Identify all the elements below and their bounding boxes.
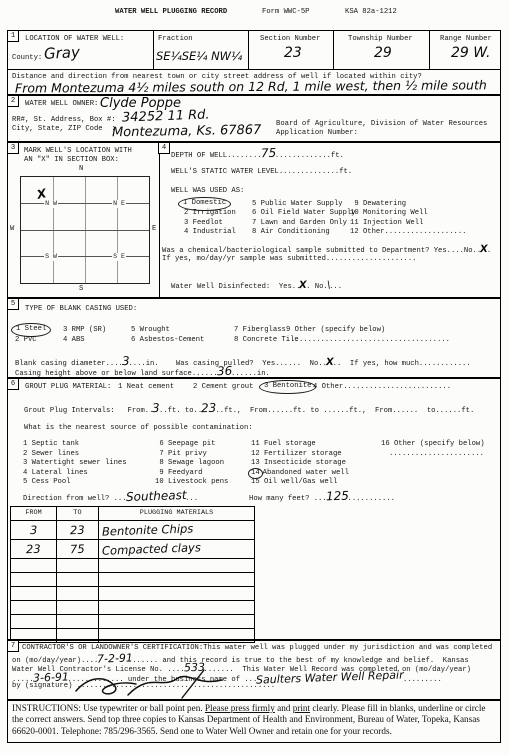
use-irrigation: 2 Irrigation [184,209,236,218]
signature-scrawl [70,669,250,699]
table-header-row: FROM TO PLUGGING MATERIALS [11,507,255,521]
cont-seepage: 6 Seepage pit [155,440,215,449]
form-number: Form WWC-5P [262,8,309,17]
col-to-header: TO [57,507,99,521]
table-row-empty [11,587,255,601]
depth-label: DEPTH OF WELL........ [171,152,262,160]
how-many-feet-line: How many feet? ...125........... [249,491,395,504]
use-oil-field: 6 Oil Field Water Supply [252,209,356,218]
divider [8,69,500,70]
casing-wrought: 5 Wrought [131,326,170,335]
height-value: 36 [217,365,233,376]
section-6-grout: 6 GROUT PLUG MATERIAL: 1 Neat cement 2 C… [7,378,501,640]
grid-line [21,256,149,257]
section-7-number: 7 [7,640,19,652]
use-air-conditioning: 8 Air Conditioning [252,228,330,237]
section-3-heading-1: MARK WELL'S LOCATION WITH [24,147,132,156]
instructions-text: INSTRUCTIONS: Use typewriter or ball poi… [12,703,496,737]
cont-lagoon: 8 Sewage lagoon [155,459,224,468]
pulled-no-x-mark: X [326,358,334,368]
table-row: 3 23 Bentonite Chips [11,521,255,540]
row2-from: 23 [26,544,41,556]
section-number-label: Section Number [260,35,320,44]
range-number-label: Range Number [440,35,492,44]
section-5-heading: TYPE OF BLANK CASING USED: [25,305,137,314]
intervals-label: Grout Plug Intervals: From.. [24,407,153,415]
section-location-grid: N W N E S W S E X [20,176,150,284]
cont-fuel: 11 Fuel storage [251,440,316,449]
grout-cement-grout: 2 Cement grout [193,383,253,392]
section-7-certification: 7 CONTRACTOR'S OR LANDOWNER'S CERTIFICAT… [7,640,501,700]
divider [429,31,430,69]
instructions-underlined-2: print [293,703,310,713]
cont-lateral: 4 Lateral lines [23,469,88,478]
certification-line-4-tail: ......... [403,676,442,684]
disinfected-yes-x-mark: X [299,281,307,291]
casing-abs: 4 ABS [63,336,85,345]
cont-abandoned-well-line: 14Abandoned water well [248,469,349,478]
cont-privy: 7 Pit privy [155,450,207,459]
section-3-4-row: 3 MARK WELL'S LOCATION WITH AN "X" IN SE… [7,142,501,298]
application-number-label: Application Number: [276,129,358,138]
cont-other: 16 Other (specify below) [381,440,485,449]
intervals-tail: ..ft., From......ft. to ......ft., From.… [215,407,474,415]
use-lawn-garden: 7 Lawn and Garden Only [252,219,347,228]
quadrant-se-label: S E [112,253,126,261]
disinfected-no-mark: \ [327,281,331,291]
cont-septic: 1 Septic tank [23,440,79,449]
use-dewatering: 9 Dewatering [350,200,406,209]
section-4-number: 4 [158,142,170,154]
section-number-value: 23 [284,45,302,61]
section-5-casing: 5 TYPE OF BLANK CASING USED: 1 Steel 3 R… [7,298,501,378]
grout-intervals-line: Grout Plug Intervals: From..3..ft. to..2… [24,403,474,416]
instructions-mid: and [275,703,293,713]
county-label: County: [12,54,42,63]
grout-neat-cement: 1 Neat cement [118,383,174,392]
height-tail: ......in. [231,370,270,378]
section-3-number: 3 [7,142,19,154]
township-number-value: 29 [374,45,392,61]
grid-line [21,203,149,204]
cont-other-dots: ...................... [389,450,484,459]
quadrant-nw-label: N W [44,200,58,208]
quadrant-sw-label: S W [44,253,58,261]
direction-value: Southeast [125,490,186,502]
use-public-water: 5 Public Water Supply [252,200,343,209]
township-number-label: Township Number [348,35,413,44]
section-1-number: 1 [7,30,19,42]
compass-south-label: S [79,285,83,294]
use-injection: 11 Injection Well [350,219,423,228]
col-materials-header: PLUGGING MATERIALS [99,507,255,521]
col-from-header: FROM [11,507,57,521]
instructions-box: INSTRUCTIONS: Use typewriter or ball poi… [7,700,501,743]
row1-material: Bentonite Chips [102,523,194,537]
table-row-empty [11,573,255,587]
range-number-value: 29 W. [451,45,490,61]
form-statute: KSA 82a-1212 [345,8,397,17]
row2-to: 75 [70,544,85,556]
interval-from-value: 3 [152,403,160,413]
compass-west-label: W [10,225,14,234]
section-6-number: 6 [7,378,19,390]
interval-to-value: 23 [201,403,217,414]
plugging-materials-table: FROM TO PLUGGING MATERIALS 3 23 Bentonit… [10,506,255,643]
table-row: 23 75 Compacted clays [11,540,255,559]
depth-label-tail: .............ft. [275,152,344,160]
board-text: Board of Agriculture, Division of Water … [276,120,487,129]
quadrant-ne-label: N E [112,200,126,208]
cont-feedyard: 9 Feedyard [155,469,202,478]
feet-tail: ........... [348,495,395,503]
instructions-underlined-1: Please press firmly [205,703,275,713]
casing-asbestos: 6 Asbestos-Cement [131,336,204,345]
section-2-number: 2 [7,95,19,107]
use-feedlot: 3 Feedlot [184,219,223,228]
city-value: Montezuma, Ks. 67867 [112,123,262,141]
disinfected-tail: ... [329,283,342,291]
cont-abandoned-well-label: Abandoned water well [263,469,349,477]
section-6-heading: GROUT PLUG MATERIAL: [25,383,111,392]
scanned-form-page: WATER WELL PLUGGING RECORD Form WWC-5P K… [0,0,509,755]
static-water-level-line: WELL'S STATIC WATER LEVEL..............f… [171,168,352,177]
direction-from-well-line: Direction from well? ...Southeast... [23,491,198,504]
depth-value: 75 [260,148,276,159]
owner-label: WATER WELL OWNER: [25,100,98,109]
city-label: City, State, ZIP Code : [12,125,116,134]
divider [153,31,154,69]
table-row-empty [11,559,255,573]
form-title: WATER WELL PLUGGING RECORD [115,8,227,17]
intervals-mid: ..ft. to.. [159,407,202,415]
feet-value: 125 [325,491,348,502]
cont-watertight: 3 Watertight sewer lines [23,459,127,468]
casing-other: 9 Other (specify below) [286,326,385,335]
section-5-number: 5 [7,298,19,310]
cont-livestock: 10 Livestock pens [155,478,228,487]
section-3-heading-2: AN "X" IN SECTION BOX: [24,156,119,165]
compass-north-label: N [79,165,83,174]
divider [333,31,334,69]
well-location-x-mark: X [36,186,48,202]
distance-answer: From Montezuma 4½ miles south on 12 Rd, … [15,77,487,95]
instructions-pre: INSTRUCTIONS: Use typewriter or ball poi… [12,703,205,713]
feet-label: How many feet? ... [249,495,327,503]
depth-of-well-line: DEPTH OF WELL........75.............ft. [171,148,344,161]
use-monitoring: 10 Monitoring Well [350,209,428,218]
table-row-empty [11,615,255,629]
direction-label: Direction from well? ... [23,495,127,503]
grout-bentonite-circled: 3 Bentonite [259,380,316,394]
casing-fiberglass: 7 Fiberglass [234,326,286,335]
pulled-tail: .. If yes, how much............ [333,360,471,368]
contamination-question: What is the nearest source of possible c… [24,424,253,433]
cont-insecticide: 13 Insecticide storage [251,459,346,468]
cont-cesspool: 5 Cess Pool [23,478,70,487]
sample-no-x-mark: X [480,245,488,255]
cont-fertilizer: 12 Fertilizer storage [251,450,342,459]
table-row-empty [11,601,255,615]
section-2-owner: 2 WATER WELL OWNER: Clyde Poppe RR#, St.… [7,95,501,142]
fraction-label: Fraction [158,35,193,44]
grout-other: 4 Other......................... [313,383,451,392]
divider [159,143,160,297]
casing-height-line: Casing height above or below land surfac… [15,366,270,379]
grid-line [21,230,149,231]
row1-to: 23 [70,525,85,537]
section-1-location: 1 LOCATION OF WATER WELL: Fraction Secti… [7,30,501,95]
address-label: RR#, St. Address, Box #: [12,116,116,125]
casing-pvc: 2 PVC [15,336,37,345]
business-name-value: Saulters Water Well Repair [256,670,404,685]
disinfected-label: Water Well Disinfected: Yes.. [171,283,300,291]
row2-material: Compacted clays [102,542,201,556]
use-other: 12 Other................... [350,228,466,237]
disinfected-line: Water Well Disinfected: Yes..X. No.\... [171,281,342,292]
height-label: Casing height above or below land surfac… [15,370,218,378]
county-value: Gray [44,43,81,63]
compass-east-label: E [152,225,156,234]
row1-from: 3 [30,525,38,536]
cont-14-circled: 14 [248,468,263,479]
divider [248,31,249,69]
cont-sewer: 2 Sewer lines [23,450,79,459]
casing-other-dots: ...................................... [286,336,450,345]
cont-oil-gas-well: 15 Oil well/Gas well [251,478,337,487]
casing-rmp: 3 RMP (SR) [63,326,106,335]
certification-line-1: CONTRACTOR'S OR LANDOWNER'S CERTIFICATIO… [22,644,492,653]
well-used-as-label: WELL WAS USED AS: [171,187,244,196]
fraction-value: SE¼SE¼ NW¼ [156,49,242,63]
sample-date-line: If yes, mo/day/yr sample was submitted..… [162,255,416,264]
use-industrial: 4 Industrial [184,228,236,237]
disinfected-no-label: . No. [306,283,328,291]
